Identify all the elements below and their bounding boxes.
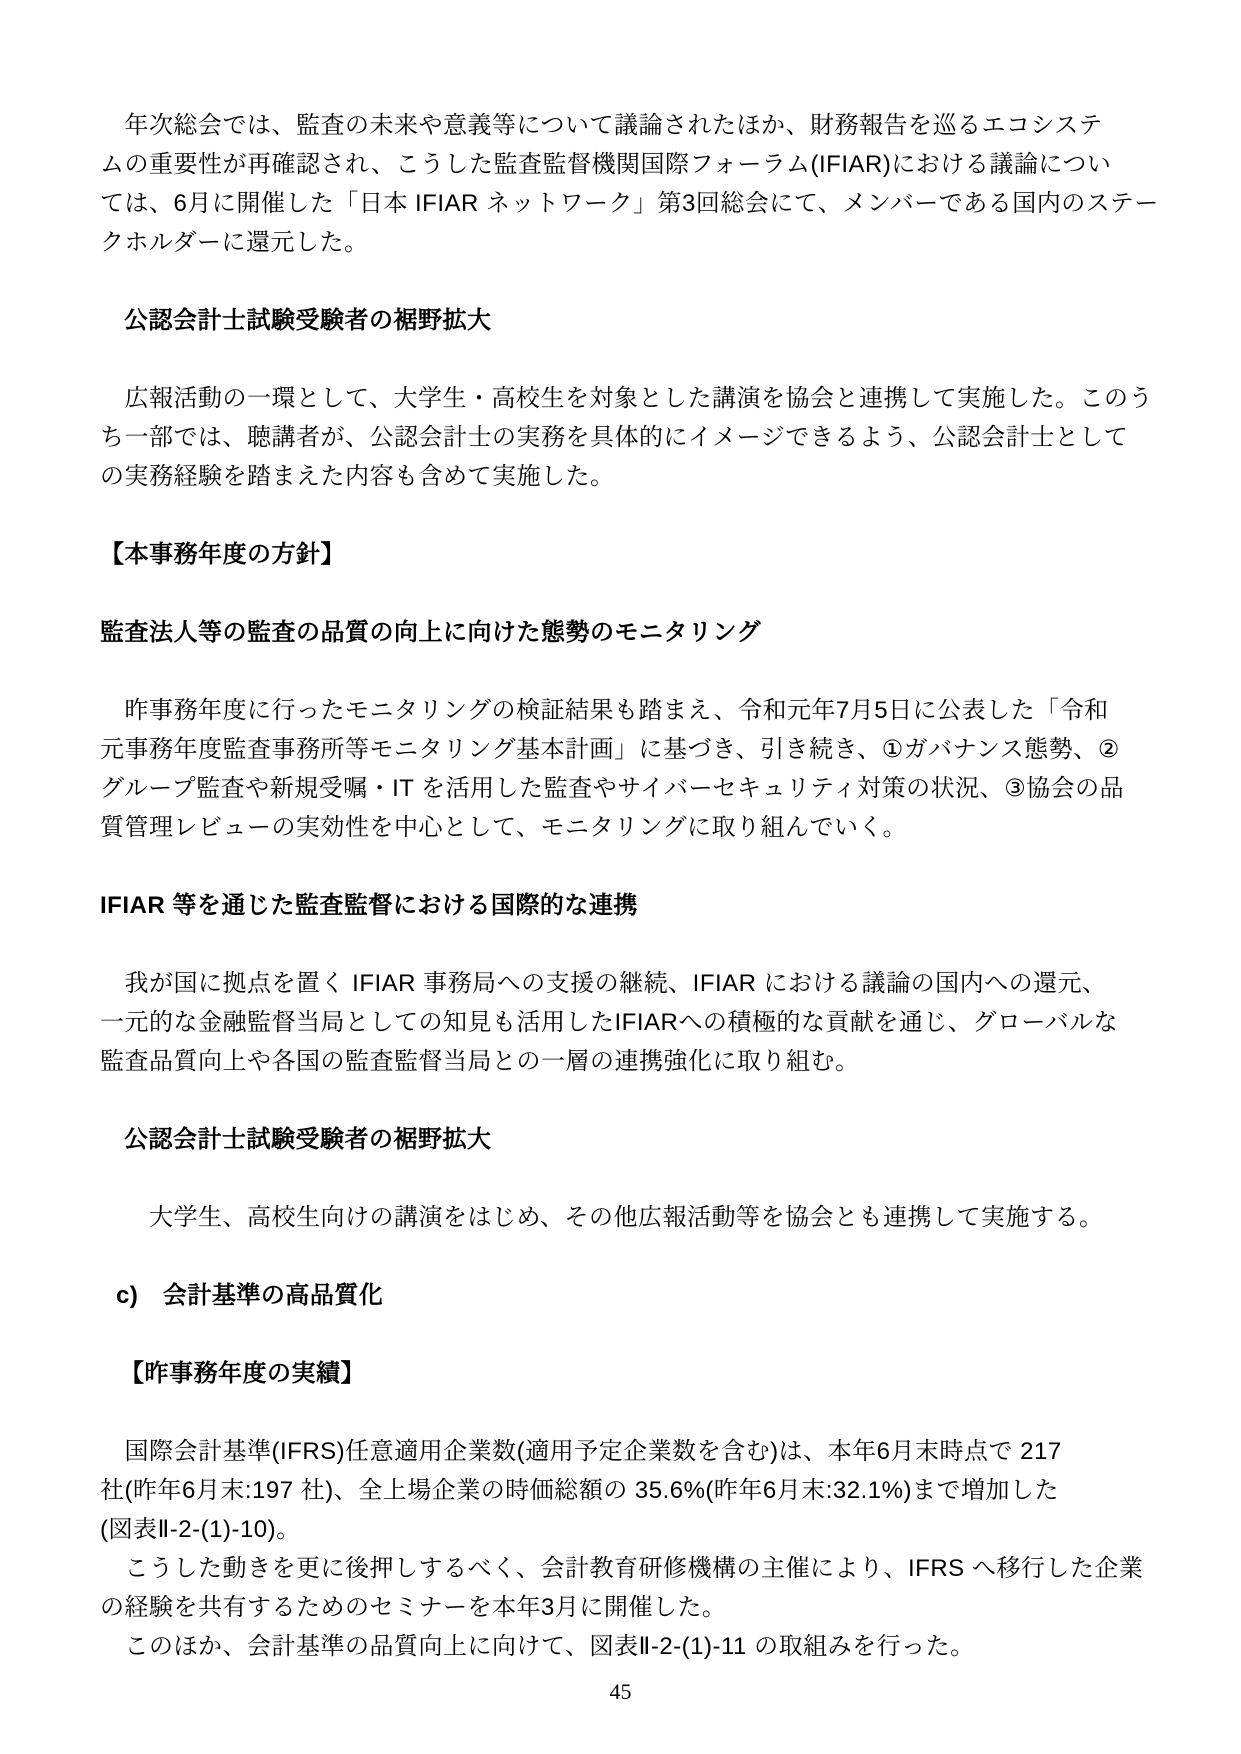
paragraph-other-initiatives: このほか、会計基準の品質向上に向けて、図表Ⅱ-2-(1)-11 の取組みを行った…: [100, 1627, 1201, 1666]
paragraph-monitoring-plan: 昨事務年度に行ったモニタリングの検証結果も踏まえ、令和元年7月5日に公表した「令…: [100, 691, 1201, 847]
heading-cpa-exam-outreach-results: 公認会計士試験受験者の裾野拡大: [124, 301, 1201, 340]
heading-accounting-standards-quality: c) 会計基準の高品質化: [116, 1276, 1201, 1315]
paragraph-lectures-policy: 大学生、高校生向けの講演をはじめ、その他広報活動等を協会とも連携して実施する。: [100, 1198, 1201, 1237]
paragraph-ifrs-adoption: 国際会計基準(IFRS)任意適用企業数(適用予定企業数を含む)は、本年6月末時点…: [100, 1432, 1201, 1549]
document-body: 年次総会では、監査の未来や意義等について議論されたほか、財務報告を巡るエコシステ…: [100, 106, 1201, 1705]
document-page: 年次総会では、監査の未来や意義等について議論されたほか、財務報告を巡るエコシステ…: [0, 0, 1241, 1754]
paragraph-annual-meeting-ifiar: 年次総会では、監査の未来や意義等について議論されたほか、財務報告を巡るエコシステ…: [100, 106, 1201, 262]
heading-previous-year-results: 【昨事務年度の実績】: [120, 1354, 1201, 1393]
page-number: 45: [0, 1678, 1241, 1706]
paragraph-ifiar-support: 我が国に拠点を置く IFIAR 事務局への支援の継続、IFIAR における議論の…: [100, 964, 1201, 1081]
heading-audit-quality-monitoring: 監査法人等の監査の品質の向上に向けた態勢のモニタリング: [100, 613, 1201, 652]
heading-ifiar-international-cooperation: IFIAR 等を通じた監査監督における国際的な連携: [100, 886, 1201, 925]
paragraph-ifrs-seminar: こうした動きを更に後押しするべく、会計教育研修機構の主催により、IFRS へ移行…: [100, 1549, 1201, 1627]
heading-current-year-policy: 【本事務年度の方針】: [100, 535, 1201, 574]
heading-cpa-exam-outreach-policy: 公認会計士試験受験者の裾野拡大: [124, 1120, 1201, 1159]
paragraph-pr-lectures-results: 広報活動の一環として、大学生・高校生を対象とした講演を協会と連携して実施した。こ…: [100, 379, 1201, 496]
